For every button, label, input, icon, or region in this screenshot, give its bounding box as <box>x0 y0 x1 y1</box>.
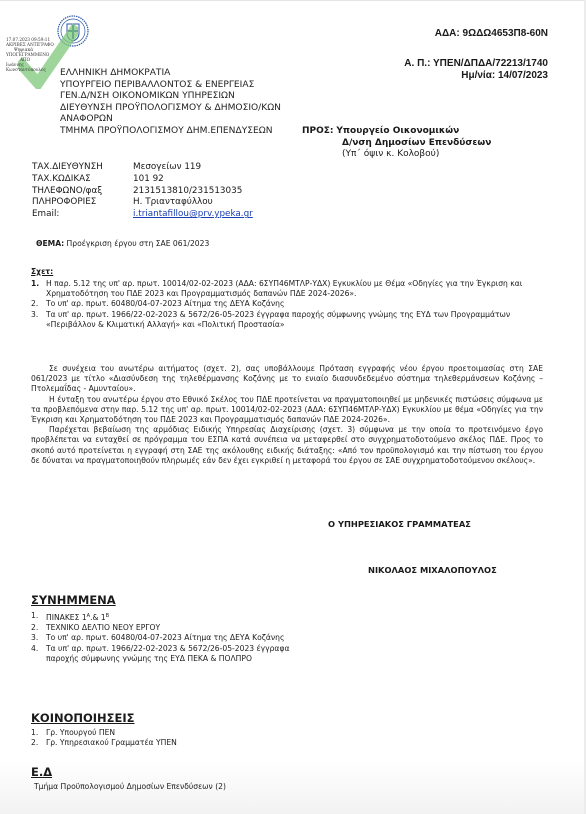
attachment-number: 4. <box>31 644 46 664</box>
contact-value: 101 92 <box>133 174 164 186</box>
contact-row: ΤΑΧ.ΚΩΔΙΚΑΣ101 92 <box>32 174 253 186</box>
reference-item: 1.Η παρ. 5.12 της υπ' αρ. πρωτ. 10014/02… <box>31 279 551 299</box>
notifications-title: ΚΟΙΝΟΠΟΙΗΣΕΙΣ <box>31 711 135 725</box>
notification-item: 2.Γρ. Υπηρεσιακού Γραμματέα ΥΠΕΝ <box>31 738 177 748</box>
attachment-text: Τα υπ' αρ. πρωτ. 1966/22-02-2023 & 5672/… <box>46 644 311 664</box>
contact-row: ΠΛΗΡΟΦΟΡΙΕΣΗ. Τριανταφύλλου <box>32 197 253 209</box>
contact-row: Email:i.triantafillou@prv.ypeka.gr <box>32 209 253 221</box>
attachment-number: 3. <box>31 633 46 643</box>
org-line: ΕΛΛΗΝΙΚΗ ΔΗΜΟΚΡΑΤΙΑ <box>60 68 281 80</box>
contact-block: ΤΑΧ.ΔΙΕΥΘΥΝΣΗΜεσογείων 119 ΤΑΧ.ΚΩΔΙΚΑΣ10… <box>32 162 253 221</box>
contact-label: ΠΛΗΡΟΦΟΡΙΕΣ <box>32 197 133 209</box>
notification-number: 1. <box>31 728 46 738</box>
signatory-title: Ο ΥΠΗΡΕΣΙΑΚΟΣ ΓΡΑΜΜΑΤΕΑΣ <box>328 519 471 529</box>
attachment-text: ΤΕΧΝΙΚΟ ΔΕΛΤΙΟ ΝΕΟΥ ΕΡΓΟΥ <box>46 623 160 633</box>
reference-item: 3.Τα υπ' αρ. πρωτ. 1966/22-02-2023 & 567… <box>31 310 551 330</box>
attachment-text: Το υπ' αρ. πρωτ. 60480/04-07-2023 Αίτημα… <box>46 633 284 643</box>
recipient-label: ΠΡΟΣ: <box>302 126 334 136</box>
org-line: ΤΜΗΜΑ ΠΡΟΫΠΟΛΟΓΙΣΜΟΥ ΔΗΜ.ΕΠΕΝΔΥΣΕΩΝ <box>60 126 281 138</box>
letter-body: Σε συνέχεια του ανωτέρω αιτήματος (σχετ.… <box>31 364 543 466</box>
attachment-item: 3.Το υπ' αρ. πρωτ. 60480/04-07-2023 Αίτη… <box>31 633 311 643</box>
references-list: 1.Η παρ. 5.12 της υπ' αρ. πρωτ. 10014/02… <box>31 279 551 330</box>
recipient-line-1: Υπουργείο Οικονομικών <box>336 126 459 136</box>
references-title: Σχετ: <box>31 267 53 276</box>
protocol-number: Α. Π.: ΥΠΕΝ/ΔΠΔΑ/72213/1740 <box>404 58 548 70</box>
attachment-item: 1. ΠΙΝΑΚΕΣ 1Α.& 1Β <box>31 611 311 623</box>
email-link[interactable]: i.triantafillou@prv.ypeka.gr <box>133 209 253 221</box>
attachment-item: 4.Τα υπ' αρ. πρωτ. 1966/22-02-2023 & 567… <box>31 644 311 664</box>
reference-item: 2.Το υπ' αρ. πρωτ. 60480/04-07-2023 Αίτη… <box>31 299 551 309</box>
superscript: Β <box>106 613 109 619</box>
subject-text: Προέγκριση έργου στη ΣΑΕ 061/2023 <box>64 239 209 248</box>
attachments-list: 1. ΠΙΝΑΚΕΣ 1Α.& 1Β 2.ΤΕΧΝΙΚΟ ΔΕΛΤΙΟ ΝΕΟΥ… <box>31 611 311 664</box>
org-line: ΑΝΑΦΟΡΩΝ <box>60 114 281 126</box>
attachment-item: 2.ΤΕΧΝΙΚΟ ΔΕΛΤΙΟ ΝΕΟΥ ΕΡΓΟΥ <box>31 623 311 633</box>
contact-label: Email: <box>32 209 133 221</box>
contact-label: ΤΑΧ.ΚΩΔΙΚΑΣ <box>32 174 133 186</box>
recipient-line-3: (Υπ΄ όψιν κ. Κολοβού) <box>302 149 491 161</box>
signatory-name: ΝΙΚΟΛΑΟΣ ΜΙΧΑΛΟΠΟΥΛΟΣ <box>368 565 497 575</box>
contact-value: 2131513810/231513035 <box>133 186 242 198</box>
org-line: ΥΠΟΥΡΓΕΙΟ ΠΕΡΙΒΑΛΛΟΝΤΟΣ & ΕΝΕΡΓΕΙΑΣ <box>60 80 281 92</box>
attachment-number: 1. <box>31 611 46 623</box>
notifications-list: 1.Γρ. Υπουργού ΠΕΝ 2.Γρ. Υπηρεσιακού Γρα… <box>31 728 177 748</box>
contact-value: Μεσογείων 119 <box>133 162 201 174</box>
contact-label: ΤΗΛΕΦΩΝΟ/φαξ <box>32 186 133 198</box>
notification-number: 2. <box>31 738 46 748</box>
notification-text: Γρ. Υπουργού ΠΕΝ <box>46 728 115 738</box>
recipient-line-2: Δ/νση Δημοσίων Επενδύσεων <box>302 138 491 150</box>
reference-number: 3. <box>31 310 46 330</box>
org-line: ΔΙΕΥΘΥΝΣΗ ΠΡΟΫΠΟΛΟΓΙΣΜΟΥ & ΔΗΜΟΣΙΟ/ΚΩΝ <box>60 103 281 115</box>
subject-label: ΘΕΜΑ: <box>36 239 64 248</box>
subject-line: ΘΕΜΑ: Προέγκριση έργου στη ΣΑΕ 061/2023 <box>36 239 209 248</box>
org-line: ΓΕΝ.Δ/ΝΣΗ ΟΙΚΟΝΟΜΙΚΩΝ ΥΠΗΡΕΣΙΩΝ <box>60 91 281 103</box>
attachment-text: ΠΙΝΑΚΕΣ 1Α.& 1Β <box>46 611 109 623</box>
reference-number: 2. <box>31 299 46 309</box>
internal-distribution-text: Τμήμα Προϋπολογισμού Δημοσίων Επενδύσεων… <box>34 782 226 791</box>
reference-text: Τα υπ' αρ. πρωτ. 1966/22-02-2023 & 5672/… <box>46 310 551 330</box>
body-paragraph: Παρέχεται βεβαίωση της αρμόδιας Ειδικής … <box>31 425 543 466</box>
contact-row: ΤΗΛΕΦΩΝΟ/φαξ2131513810/231513035 <box>32 186 253 198</box>
contact-row: ΤΑΧ.ΔΙΕΥΘΥΝΣΗΜεσογείων 119 <box>32 162 253 174</box>
contact-label: ΤΑΧ.ΔΙΕΥΘΥΝΣΗ <box>32 162 133 174</box>
notification-text: Γρ. Υπηρεσιακού Γραμματέα ΥΠΕΝ <box>46 738 177 748</box>
document-page: 17.07.2023 09:59:11 ΑΚΡΙΒΕΣ ΑΝΤΙΓΡΑΦΟ Ψη… <box>0 0 586 814</box>
internal-distribution-title: Ε.Δ <box>31 765 52 779</box>
attachment-text-part: ΠΙΝΑΚΕΣ 1 <box>46 613 87 622</box>
ada-code: ΑΔΑ: 9ΩΔΩ4653Π8-60Ν <box>435 28 548 39</box>
notification-item: 1.Γρ. Υπουργού ΠΕΝ <box>31 728 177 738</box>
contact-value: Η. Τριανταφύλλου <box>133 197 213 209</box>
attachments-title: ΣΥΝΗΜΜΕΝΑ <box>31 593 116 607</box>
protocol-block: Α. Π.: ΥΠΕΝ/ΔΠΔΑ/72213/1740 Ημ/νία: 14/0… <box>404 58 548 82</box>
attachment-number: 2. <box>31 623 46 633</box>
reference-number: 1. <box>31 279 46 299</box>
attachment-text-part: .& 1 <box>90 613 106 622</box>
document-date: Ημ/νία: 14/07/2023 <box>404 70 548 82</box>
reference-text: Η παρ. 5.12 της υπ' αρ. πρωτ. 10014/02-0… <box>46 279 551 299</box>
body-paragraph: Η ένταξη του ανωτέρω έργου στο Εθνικό Σκ… <box>31 395 543 426</box>
digital-signature-stamp: 17.07.2023 09:59:11 ΑΚΡΙΒΕΣ ΑΝΤΙΓΡΑΦΟ Ψη… <box>6 37 54 72</box>
body-paragraph: Σε συνέχεια του ανωτέρω αιτήματος (σχετ.… <box>31 364 543 395</box>
stamp-signer: Κωνσταντόπουλος <box>6 67 54 72</box>
organization-header: ΕΛΛΗΝΙΚΗ ΔΗΜΟΚΡΑΤΙΑ ΥΠΟΥΡΓΕΙΟ ΠΕΡΙΒΑΛΛΟΝ… <box>60 68 281 137</box>
recipient-block: ΠΡΟΣ: Υπουργείο Οικονομικών Δ/νση Δημοσί… <box>302 126 491 161</box>
reference-text: Το υπ' αρ. πρωτ. 60480/04-07-2023 Αίτημα… <box>46 299 284 309</box>
